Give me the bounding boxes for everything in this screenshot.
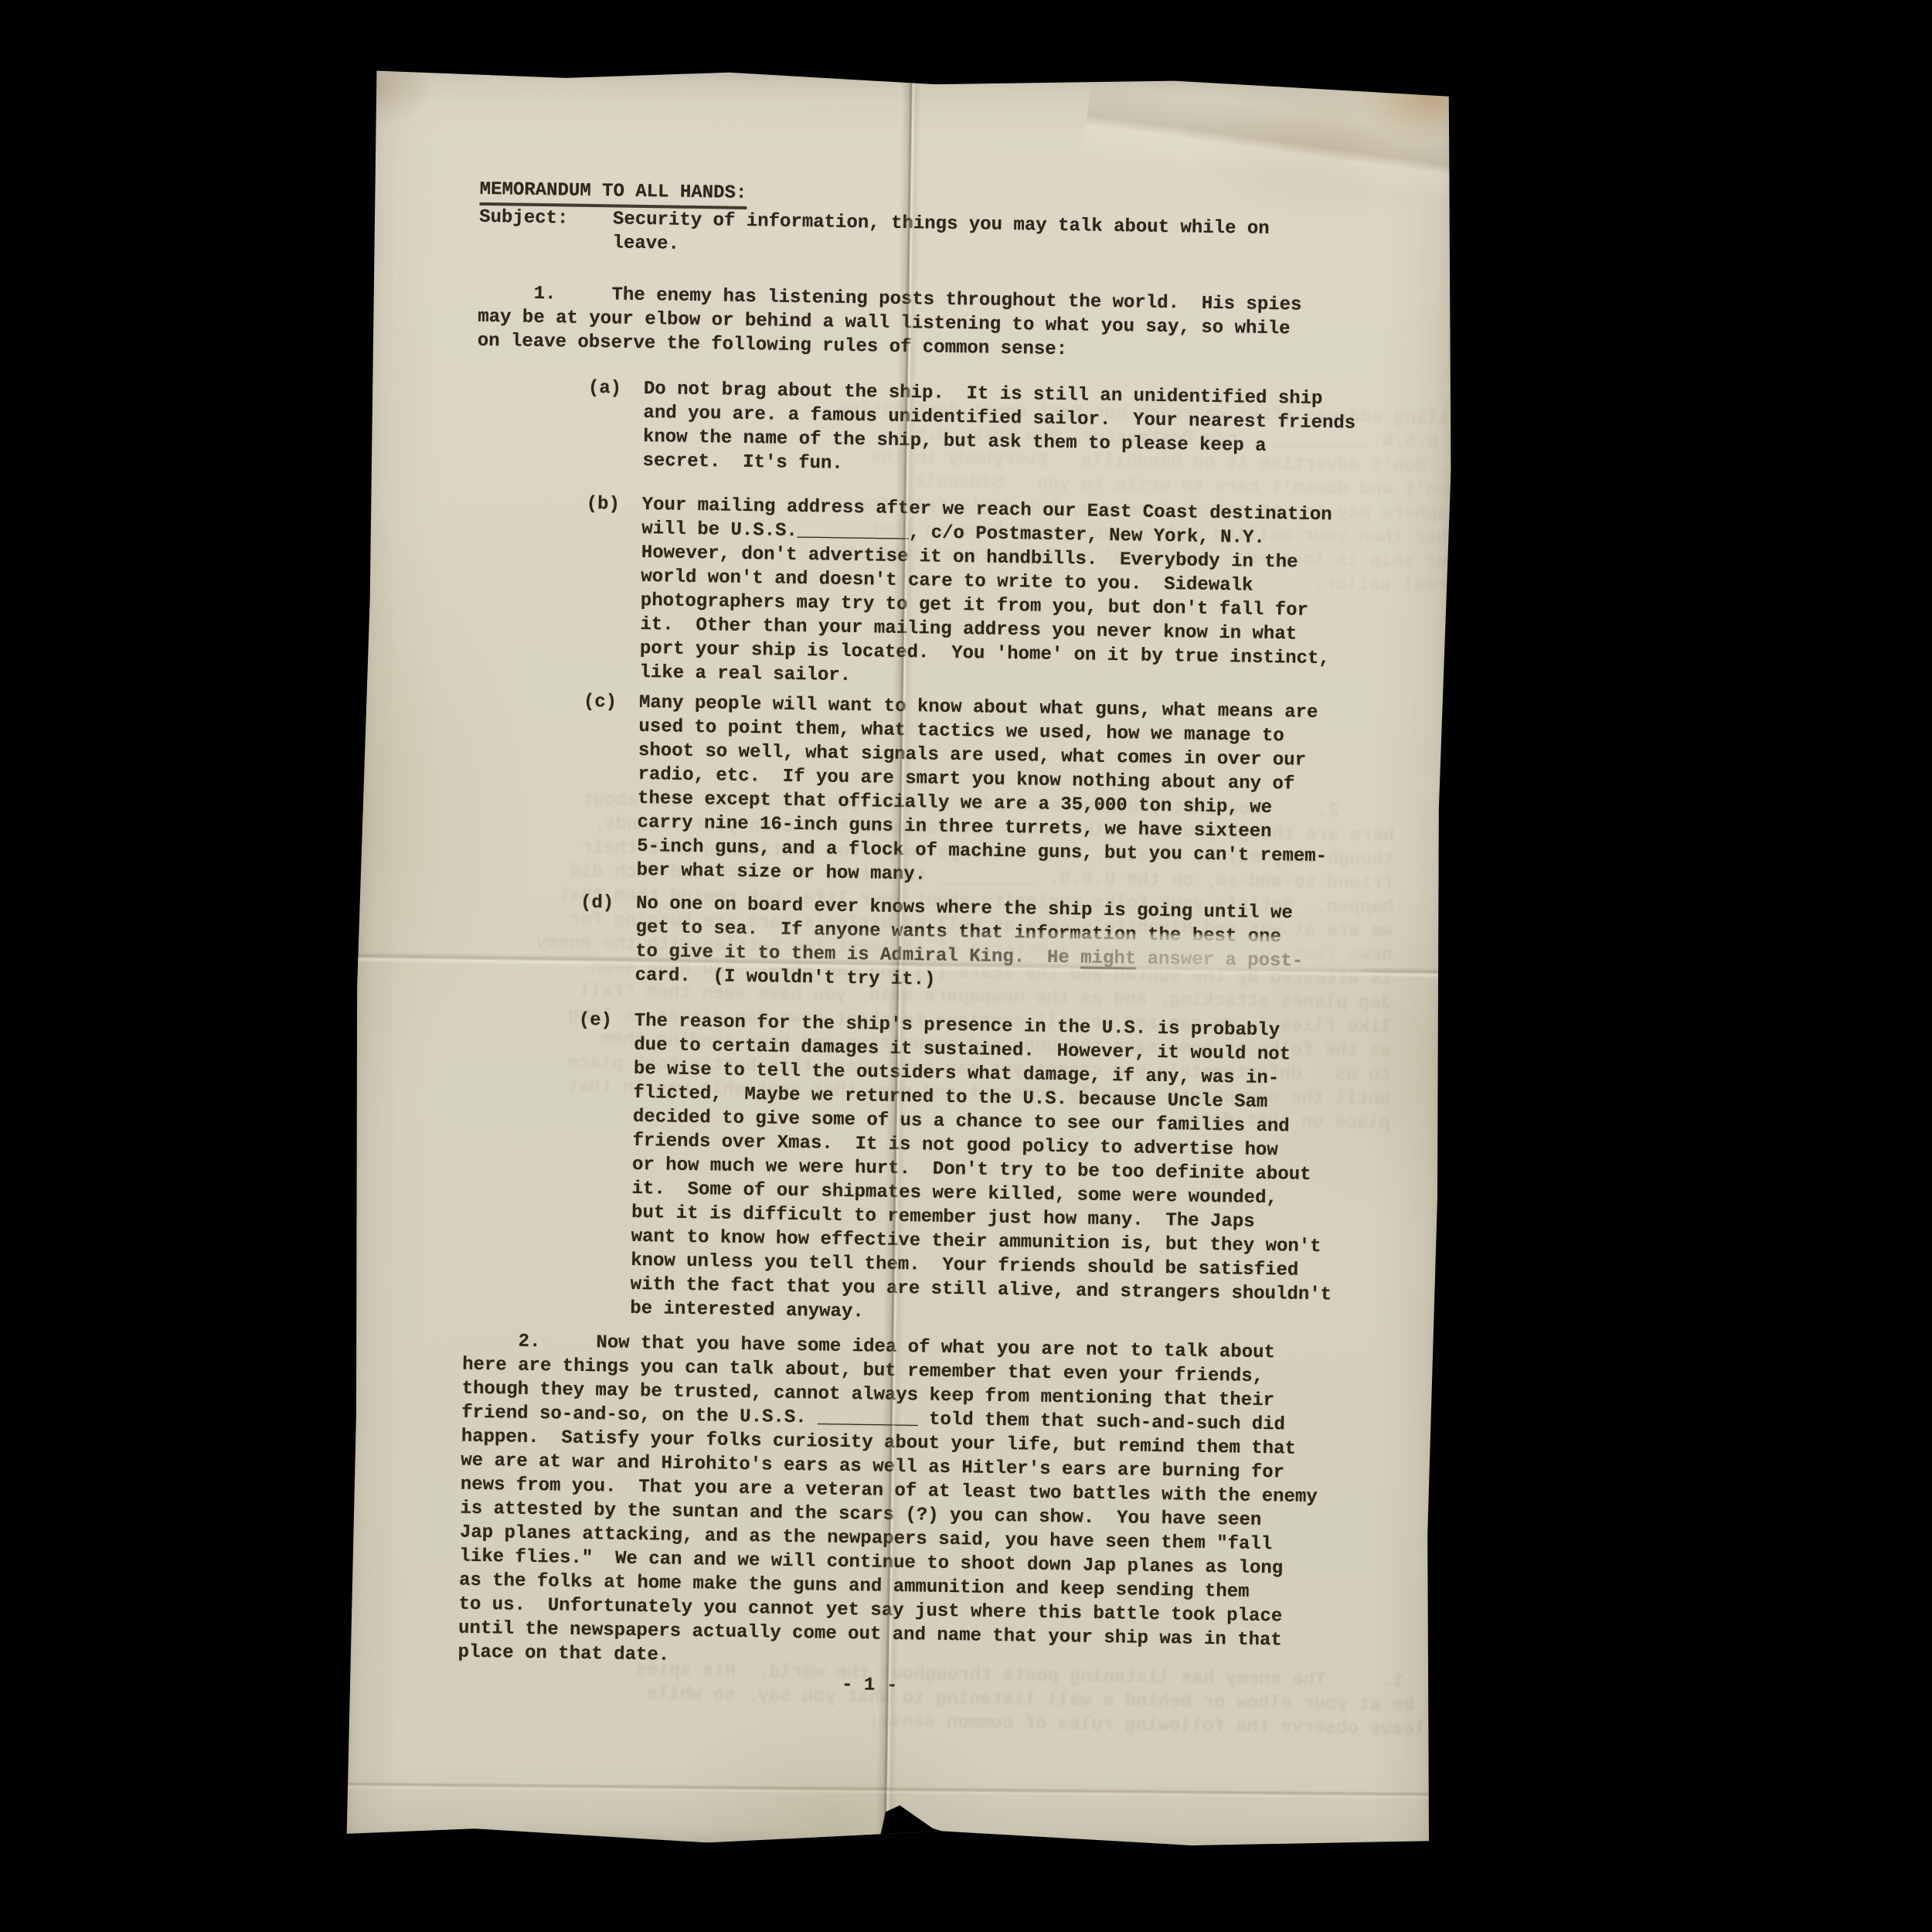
memo-sheet: 2. Now that you have some idea of what y… <box>344 66 1457 1854</box>
memo-item-e: (e) The reason for the ship's presence i… <box>463 1007 1434 1332</box>
memo-item-d: (d) No one on board ever knows where the… <box>468 889 1435 1000</box>
memo-item-b: (b) Your mailing address after we reach … <box>472 491 1441 697</box>
torn-notch <box>877 1805 978 1852</box>
memo-item-a: (a) Do not brag about the ship. It is st… <box>475 375 1443 485</box>
memo-paragraph-1: 1. The enemy has listening posts through… <box>478 281 1444 368</box>
memo-paragraph-2: 2. Now that you have some idea of what y… <box>457 1329 1428 1679</box>
photo-background: 2. Now that you have some idea of what y… <box>0 0 1932 1932</box>
memo-item-c: (c) Many people will want to know about … <box>469 689 1438 895</box>
memo-body: MEMORANDUM TO ALL HANDS: Subject: Securi… <box>457 178 1446 1706</box>
memo-title-text: MEMORANDUM TO ALL HANDS: <box>479 178 747 209</box>
bottom-crease <box>345 1781 1431 1799</box>
